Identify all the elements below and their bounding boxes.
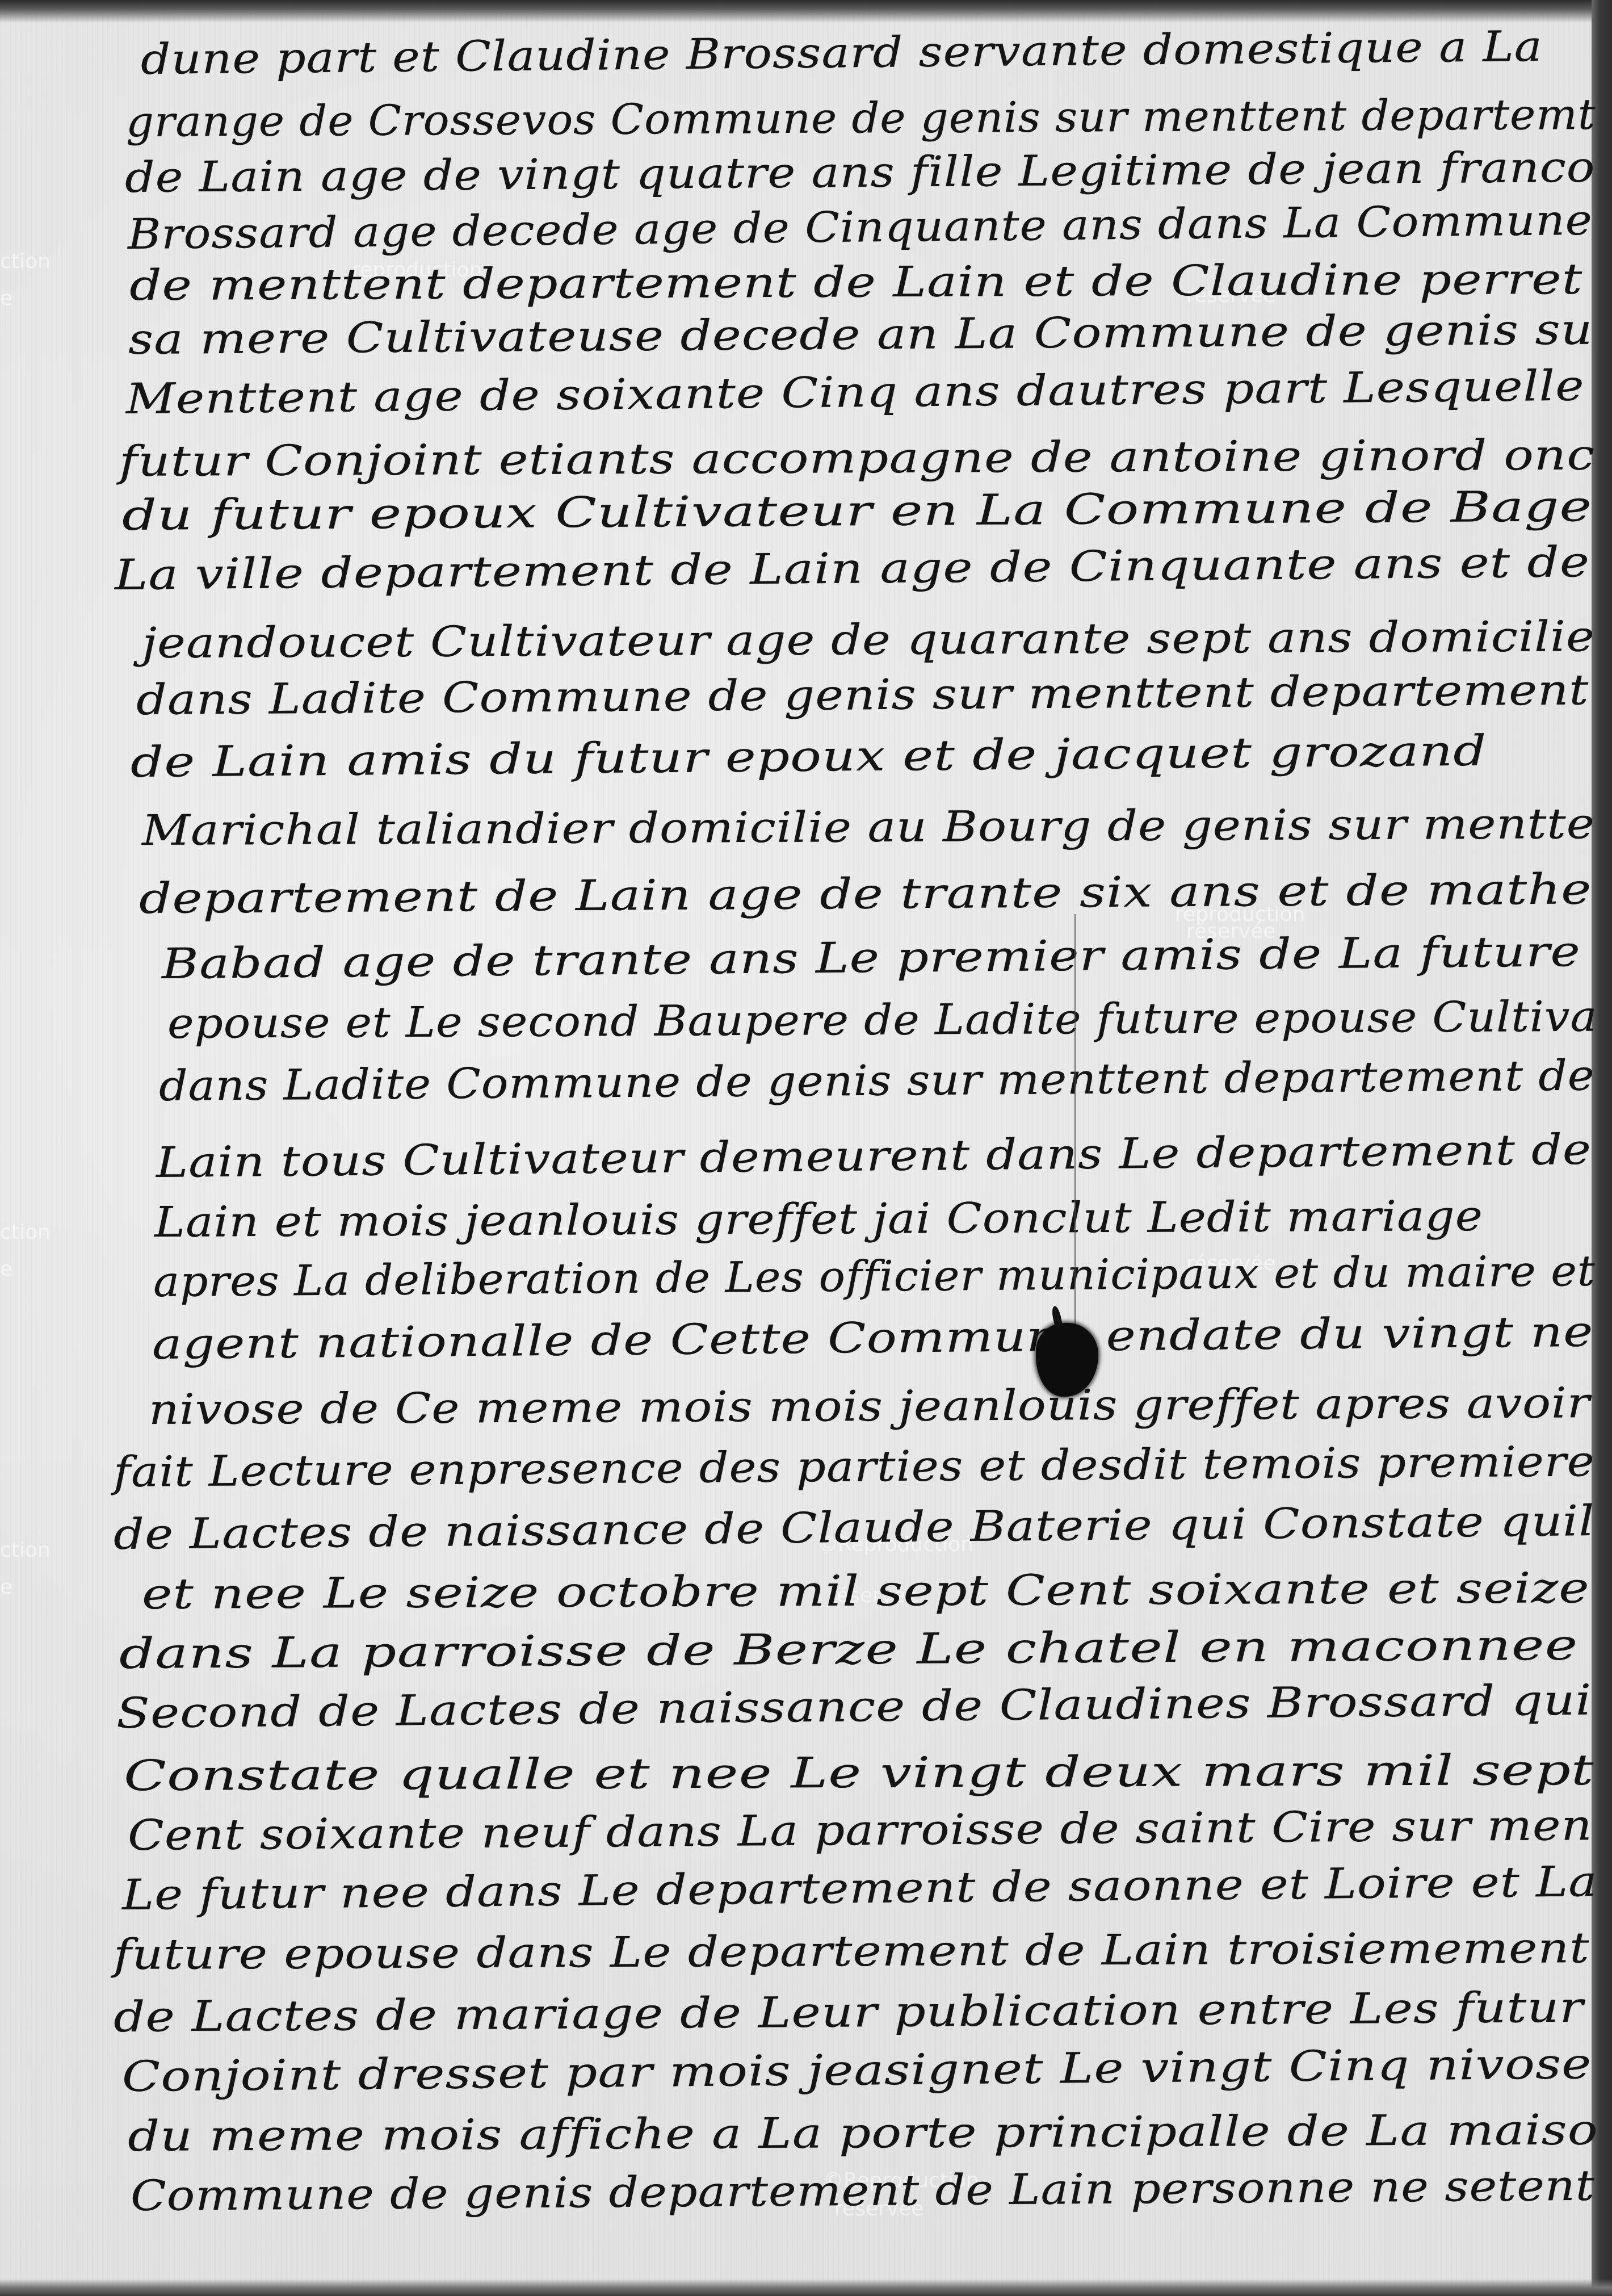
manuscript-line: grange de Crossevos Commune de genis sur… [126, 90, 1596, 146]
manuscript-line: de Lactes de naissance de Claude Baterie… [113, 1497, 1595, 1559]
manuscript-line: Second de Lactes de naissance de Claudin… [116, 1676, 1592, 1738]
manuscript-line: futur Conjoint etiants accompagne de ant… [119, 430, 1596, 486]
manuscript-line: et nee Le seize octobre mil sept Cent so… [142, 1564, 1590, 1619]
manuscript-line: epouse et Le second Baupere de Ladite fu… [167, 992, 1598, 1048]
manuscript-line: nivose de Ce meme mois mois jeanlouis gr… [149, 1379, 1590, 1434]
manuscript-line: Cent soixante neuf dans La parroisse de … [128, 1801, 1593, 1860]
manuscript-line: Babad age de trante ans Le premier amis … [161, 927, 1581, 988]
manuscript-line: La ville departement de Lain age de Cinq… [114, 538, 1590, 600]
manuscript-line: jeandoucet Cultivateur age de quarante s… [142, 612, 1595, 668]
manuscript-line: de Lain age de vingt quatre ans fille Le… [125, 143, 1596, 202]
manuscript-line: Menttent age de soixante Cinq ans dautre… [125, 362, 1585, 424]
manuscript-line: Lain tous Cultivateur demeurent dans Le … [156, 1125, 1592, 1187]
manuscript-line: departement de Lain age de trante six an… [139, 865, 1592, 923]
manuscript-line: dans Ladite Commune de genis sur mentten… [136, 665, 1589, 724]
scan-artifact-line [1074, 914, 1076, 1374]
manuscript-line: Commune de genis departement de Lain per… [131, 2161, 1596, 2220]
manuscript-line: Marichal taliandier domicilie au Bourg d… [142, 799, 1596, 855]
manuscript-line: Le futur nee dans Le departement de saon… [121, 1857, 1598, 1920]
manuscript-line: Lain et mois jeanlouis greffet jai Concl… [154, 1192, 1483, 1247]
manuscript-line: Brossard age decede age de Cinquante ans… [128, 196, 1593, 259]
manuscript-line: fait Lecture enpresence des parties et d… [114, 1437, 1595, 1497]
manuscript-line: dans Ladite Commune de genis sur mentten… [159, 1051, 1595, 1111]
manuscript-page: ctionereproductionréservéeréservéereprod… [0, 0, 1612, 2296]
manuscript-line: de Lactes de mariage de Leur publication… [114, 1983, 1584, 2042]
manuscript-line: de menttent departement de Lain et de Cl… [129, 255, 1583, 310]
manuscript-line: sa mere Cultivateuse decede an La Commun… [128, 305, 1593, 364]
manuscript-line: apres La deliberation de Les officier mu… [153, 1247, 1596, 1306]
manuscript-line: de Lain amis du futur epoux et de jacque… [130, 727, 1487, 787]
manuscript-line: Conjoint dresset par mois jeasignet Le v… [121, 2039, 1592, 2101]
manuscript-line: dune part et Claudine Brossard servante … [141, 22, 1543, 84]
manuscript-line: du meme mois affiche a La porte principa… [128, 2106, 1598, 2161]
manuscript-line: future epouse dans Le departement de Lai… [114, 1924, 1590, 1979]
manuscript-line: agent nationalle de Cette Commune endate… [152, 1308, 1594, 1369]
handwritten-text-block: dune part et Claudine Brossard servante … [0, 0, 1612, 2296]
manuscript-line: du futur epoux Cultivateur en La Commune… [122, 482, 1593, 540]
manuscript-line: dans La parroisse de Berze Le chatel en … [119, 1621, 1579, 1678]
manuscript-line: Constate qualle et nee Le vingt deux mar… [124, 1746, 1594, 1800]
